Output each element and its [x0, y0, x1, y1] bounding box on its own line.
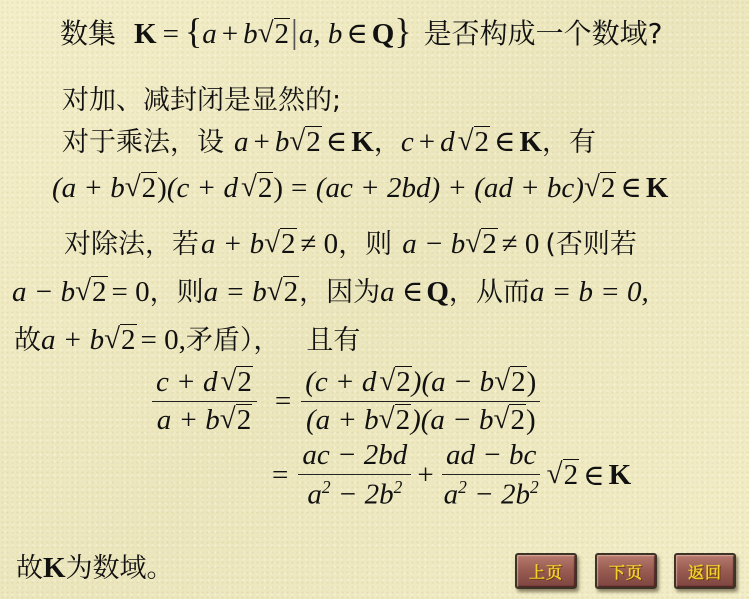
set-K: K — [43, 552, 66, 585]
left-brace: { — [185, 10, 202, 52]
element-of: ∈ — [346, 16, 367, 51]
mul-tail: ，有 — [542, 120, 596, 159]
title-line: 数集 K = { a + b 2 | a, b ∈ Q } 是否构成一个数域? — [60, 10, 663, 52]
lhs-numerator: c + d2 — [152, 366, 257, 402]
not-zero: ≠ 0 — [502, 228, 540, 261]
radicand: 2 — [120, 324, 137, 355]
division-line-1: 对除法，若 a + b 2 ≠ 0 ，则 a − b 2 ≠ 0 (否则若 — [64, 222, 637, 261]
var-c: c — [401, 126, 414, 159]
set-Q: Q — [426, 276, 449, 309]
irrational-denominator: a2 − 2b2 — [440, 475, 543, 512]
sqrt-2: 2 — [125, 172, 157, 205]
sqrt-2: 2 — [379, 366, 411, 399]
div-lead: 对除法，若 — [64, 222, 199, 261]
factor2-close: ) — [273, 172, 283, 205]
sqrt-2: 2 — [494, 366, 526, 399]
set-K: K — [646, 172, 669, 205]
text: ) — [526, 404, 536, 436]
set-K: K — [609, 459, 632, 492]
element-of: ∈ — [620, 170, 641, 205]
set-bar: | — [291, 14, 298, 52]
radicand: 2 — [510, 366, 527, 397]
sqrt-2: 2 — [75, 276, 107, 309]
var-a: a — [234, 126, 249, 159]
add-sub-closure-line: 对加、减封闭是显然的; — [62, 78, 341, 117]
conclusion-tail: 为数域。 — [66, 546, 174, 585]
equals-sign: = — [163, 18, 179, 51]
radicand: 2 — [563, 459, 580, 490]
hence-text: 故 — [14, 318, 41, 357]
product-rhs: = (ac + 2bd) + (ad + bc) — [289, 172, 584, 205]
text: (a + b — [306, 404, 379, 436]
right-brace: } — [394, 10, 411, 52]
text: c + d — [156, 366, 217, 398]
element-of: ∈ — [326, 124, 347, 159]
mul-lead: 对于乘法，设 — [62, 120, 224, 159]
next-page-button[interactable]: 下页 — [595, 553, 657, 589]
factor1-open: (a + b — [52, 172, 125, 205]
text: ) — [527, 366, 537, 398]
fraction-derivation: c + d2 a + b2 = (c + d2)(a − b2) (a + b2… — [148, 366, 631, 512]
radicand: 2 — [600, 172, 617, 203]
conclusion-line: 故 K 为数域。 — [16, 546, 174, 585]
radicand: 2 — [474, 126, 491, 157]
real-numerator: ac − 2bd — [298, 439, 411, 475]
contradiction-text: 矛盾）， — [186, 318, 281, 357]
radicand: 2 — [481, 228, 498, 259]
radicand: 2 — [509, 404, 526, 435]
sqrt-2: 2 — [264, 228, 296, 261]
text: a — [444, 479, 459, 511]
division-line-2: a − b 2 = 0 ，则 a = b 2 ，因为 a ∈ Q ，从而 a =… — [12, 270, 649, 309]
multiplication-line: 对于乘法，设 a + b 2 ∈ K ， c + d 2 ∈ K ，有 — [62, 120, 596, 159]
sqrt-2: 2 — [465, 228, 497, 261]
exponent: 2 — [322, 477, 331, 497]
because-text: ，因为 — [299, 270, 380, 309]
expr-a-plus-b: a + b — [201, 228, 264, 261]
rhs1-numerator: (c + d2)(a − b2) — [301, 366, 540, 402]
radicand: 2 — [274, 18, 291, 49]
radicand: 2 — [283, 276, 300, 307]
text: )(a − b — [412, 366, 494, 398]
and-have-text: 且有 — [306, 318, 360, 357]
div-tail: (否则若 — [545, 222, 637, 261]
equals-zero: = 0, — [141, 324, 186, 357]
title-suffix: 是否构成一个数域? — [424, 12, 663, 52]
a-b-zero: a = b = 0, — [530, 276, 649, 309]
thus-text: ，从而 — [449, 270, 530, 309]
factor2-open: (c + d — [167, 172, 238, 205]
radicand: 2 — [236, 366, 253, 397]
sqrt-2: 2 — [258, 18, 290, 51]
equals-sign: = — [272, 459, 288, 492]
text: − 2b — [467, 479, 530, 511]
exponent: 2 — [530, 477, 539, 497]
radicand: 2 — [395, 366, 412, 397]
comma: ， — [374, 120, 401, 159]
radicand: 2 — [395, 404, 412, 435]
lhs-fraction: c + d2 a + b2 — [152, 366, 257, 437]
radicand: 2 — [236, 404, 253, 435]
sqrt-2: 2 — [220, 366, 252, 399]
text: − 2b — [331, 479, 394, 511]
set-Q: Q — [372, 18, 395, 51]
hence-text: 故 — [16, 546, 43, 585]
irrational-part-fraction: ad − bc a2 − 2b2 — [440, 439, 543, 512]
factor1-close: ) — [157, 172, 167, 205]
sqrt-2: 2 — [220, 404, 252, 437]
sqrt-2: 2 — [458, 126, 490, 159]
text: (c + d — [305, 366, 376, 398]
plus-sign: + — [254, 126, 270, 159]
exponent: 2 — [394, 477, 403, 497]
fraction-row-1: c + d2 a + b2 = (c + d2)(a − b2) (a + b2… — [148, 366, 631, 437]
sqrt-2: 2 — [584, 172, 616, 205]
a-equals-b: a = b — [204, 276, 267, 309]
element-of: ∈ — [494, 124, 515, 159]
a-in: a ∈ — [380, 274, 423, 309]
radicand: 2 — [305, 126, 322, 157]
equals-zero: = 0 — [112, 276, 150, 309]
radicand: 2 — [141, 172, 158, 203]
set-K: K — [519, 126, 542, 159]
plus-sign: + — [222, 18, 238, 51]
element-of: ∈ — [583, 458, 604, 493]
rhs1-denominator: (a + b2)(a − b2) — [302, 402, 540, 437]
sqrt-2: 2 — [104, 324, 136, 357]
division-line-3: 故 a + b 2 = 0, 矛盾）， 且有 — [14, 318, 360, 357]
expr-a-minus-b: a − b — [12, 276, 75, 309]
var-d: d — [440, 126, 455, 159]
irrational-numerator: ad − bc — [442, 439, 540, 475]
then-text: ，则 — [150, 270, 204, 309]
exponent: 2 — [458, 477, 467, 497]
real-denominator: a2 − 2b2 — [303, 475, 406, 512]
expr-a-minus-b: a − b — [402, 228, 465, 261]
var-a: a — [202, 18, 217, 51]
sqrt-2: 2 — [267, 276, 299, 309]
div-then: ，则 — [338, 222, 392, 261]
vars-ab: a, b — [299, 18, 343, 51]
text: )(a − b — [411, 404, 493, 436]
var-b: b — [243, 18, 258, 51]
rhs-fraction-1: (c + d2)(a − b2) (a + b2)(a − b2) — [301, 366, 540, 437]
sqrt-2: 2 — [379, 404, 411, 437]
plus-sign: + — [419, 126, 435, 159]
sqrt-2: 2 — [494, 404, 526, 437]
lhs-denominator: a + b2 — [153, 402, 257, 437]
radicand: 2 — [257, 172, 274, 203]
prev-page-button[interactable]: 上页 — [515, 553, 577, 589]
not-zero: ≠ 0 — [301, 228, 339, 261]
set-K: K — [351, 126, 374, 159]
return-button[interactable]: 返回 — [674, 553, 736, 589]
title-prefix: 数集 — [60, 12, 116, 52]
var-b: b — [275, 126, 290, 159]
sqrt-2: 2 — [289, 126, 321, 159]
radicand: 2 — [91, 276, 108, 307]
text: a — [307, 479, 322, 511]
equals-sign: = — [275, 385, 291, 418]
multiplication-equation: (a + b 2 ) (c + d 2 ) = (ac + 2bd) + (ad… — [52, 170, 668, 205]
sqrt-2: 2 — [241, 172, 273, 205]
set-K: K — [134, 18, 157, 51]
expr-a-plus-b: a + b — [41, 324, 104, 357]
fraction-row-2: = ac − 2bd a2 − 2b2 + ad − bc a2 − 2b2 2… — [272, 439, 631, 512]
text: a + b — [157, 404, 220, 436]
plus-sign: + — [417, 459, 433, 492]
real-part-fraction: ac − 2bd a2 − 2b2 — [298, 439, 411, 512]
radicand: 2 — [280, 228, 297, 259]
sqrt-2: 2 — [547, 459, 579, 492]
